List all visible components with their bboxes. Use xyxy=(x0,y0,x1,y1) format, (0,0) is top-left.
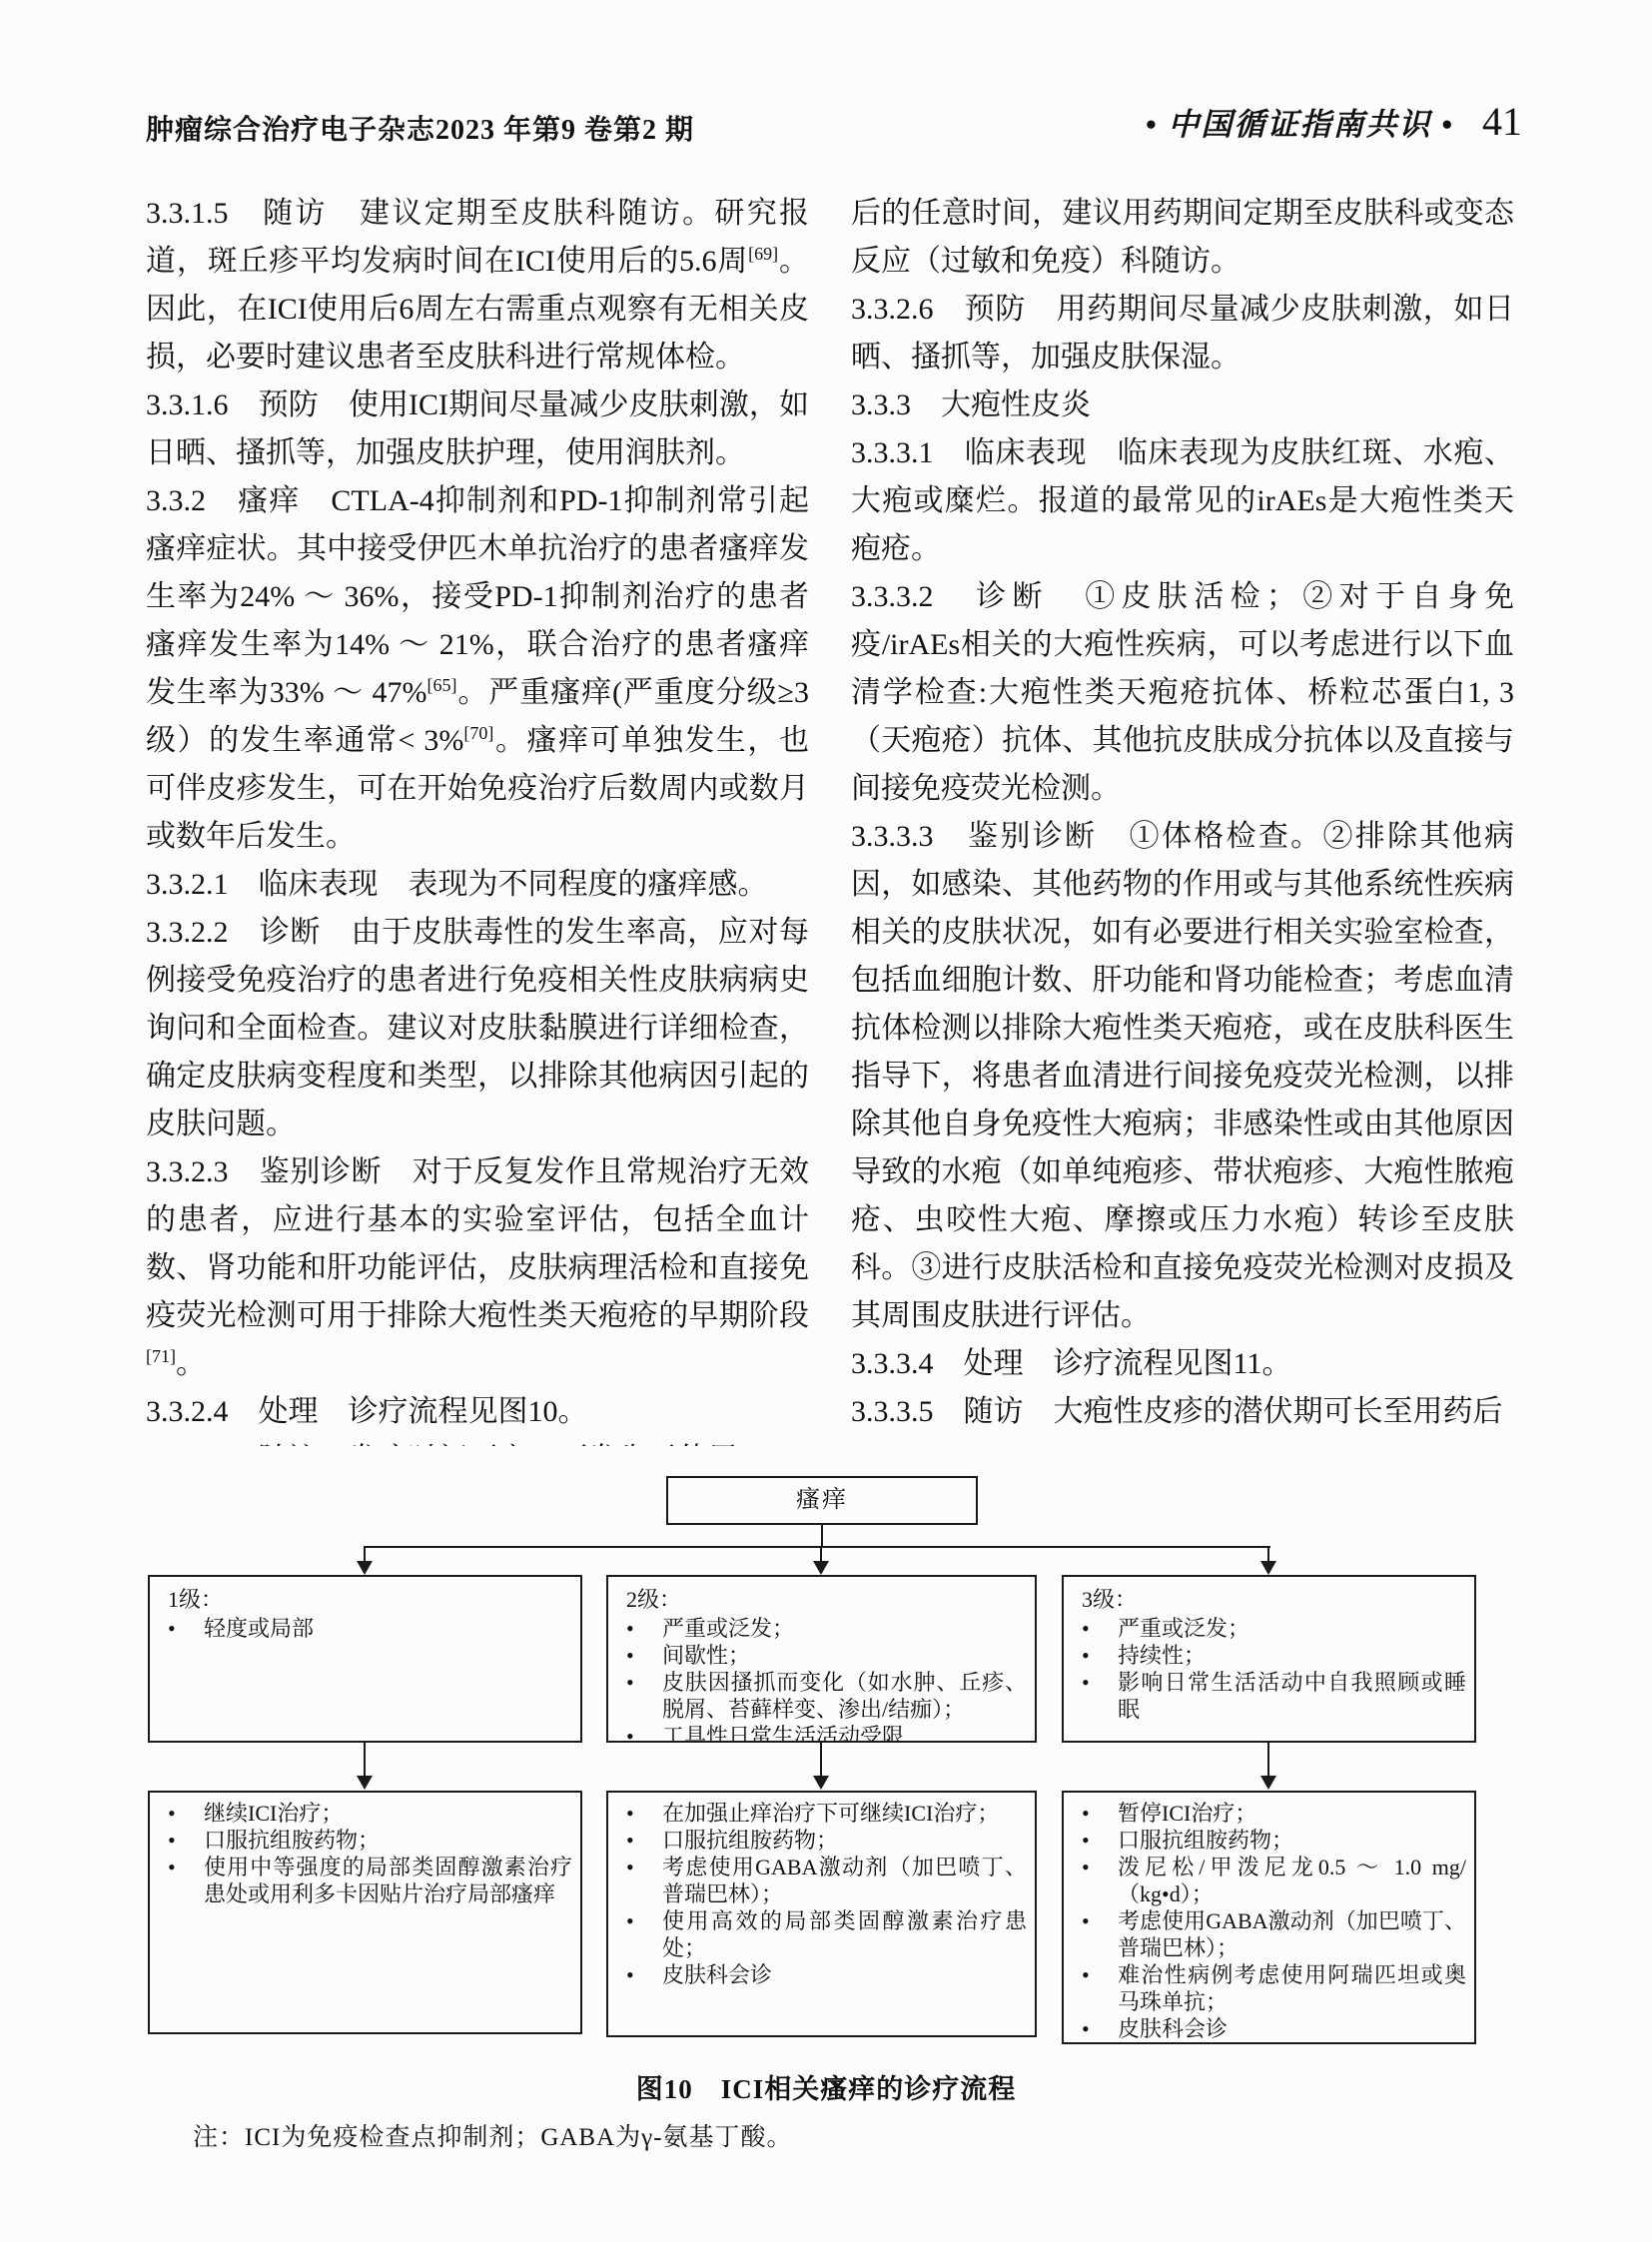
paragraph: 3.3.1.5 随访 建议定期至皮肤科随访。研究报道，斑丘疹平均发病时间在ICI… xyxy=(146,190,809,381)
connector-action3-stem xyxy=(1267,1743,1269,1777)
bullet-dot: • xyxy=(626,1907,662,1961)
bullet-dot: • xyxy=(1082,1615,1118,1642)
paragraph: 3.3.3.3 鉴别诊断 ①体格检查。②排除其他病因，如感染、其他药物的作用或与… xyxy=(851,813,1514,1340)
bullet-dot: • xyxy=(168,1615,204,1642)
left-column: 3.3.1.5 随访 建议定期至皮肤科随访。研究报道，斑丘疹平均发病时间在ICI… xyxy=(146,190,809,1446)
list-item: • 轻度或局部 xyxy=(168,1615,572,1642)
connector-root-stem xyxy=(821,1525,823,1546)
bullet-dot: • xyxy=(168,1800,204,1827)
paragraph: 3.3.2.6 预防 用药期间尽量减少皮肤刺激，如日晒、搔抓等，加强皮肤保湿。 xyxy=(851,286,1514,381)
bullet-dot: • xyxy=(626,1723,662,1743)
paragraph: 3.3.3 大疱性皮炎 xyxy=(851,381,1514,429)
bullet-dot: • xyxy=(1082,2015,1118,2042)
journal-title: 肿瘤综合治疗电子杂志2023 年第9 卷第2 期 xyxy=(146,108,694,148)
list-item: • 口服抗组胺药物； xyxy=(168,1827,572,1854)
bullet-dot: • xyxy=(626,1642,662,1669)
list-item: • 皮肤科会诊 xyxy=(626,1961,1027,1988)
grade3-title: 3级： xyxy=(1082,1586,1466,1613)
list-item: • 在加强止痒治疗下可继续ICI治疗； xyxy=(626,1800,1027,1827)
list-item: • 工具性日常生活活动受限 xyxy=(626,1723,1027,1743)
paragraph: 3.3.1.6 预防 使用ICI期间尽量减少皮肤刺激，如日晒、搔抓等，加强皮肤护… xyxy=(146,381,809,477)
connector-action2-stem xyxy=(820,1743,822,1777)
list-item: • 考虑使用GABA激动剂（加巴喷丁、普瑞巴林）； xyxy=(626,1854,1027,1907)
list-item: • 使用高效的局部类固醇激素治疗患处； xyxy=(626,1907,1027,1961)
grade2-treatment-box: • 在加强止痒治疗下可继续ICI治疗； • 口服抗组胺药物； • 考虑使用GAB… xyxy=(606,1791,1037,2037)
grade1-title: 1级： xyxy=(168,1586,572,1613)
connector-grade2-stem xyxy=(820,1546,822,1562)
bullet-dot: • xyxy=(1082,1669,1118,1723)
bullet-dot: • xyxy=(1082,1907,1118,1961)
list-item: • 暂停ICI治疗； xyxy=(1082,1800,1466,1827)
arrowhead-grade3 xyxy=(1260,1561,1276,1575)
list-item: • 口服抗组胺药物； xyxy=(1082,1827,1466,1854)
paragraph: 3.3.2.1 临床表现 表现为不同程度的瘙痒感。 xyxy=(146,861,809,909)
list-item: • 考虑使用GABA激动剂（加巴喷丁、普瑞巴林）； xyxy=(1082,1907,1466,1961)
bullet-dot: • xyxy=(168,1854,204,1907)
grade2-title: 2级： xyxy=(626,1586,1027,1613)
page-header-right: • 中国循证指南共识 • 41 xyxy=(1146,98,1522,145)
flow-root-label: 瘙痒 xyxy=(796,1487,848,1514)
arrowhead-grade1 xyxy=(357,1561,373,1575)
grade3-box: 3级： • 严重或泛发； • 持续性； • 影响日常生活活动中自我照顾或睡眠 xyxy=(1062,1575,1476,1743)
connector-branch-line xyxy=(364,1546,1270,1548)
paragraph: 后的任意时间，建议用药期间定期至皮肤科或变态反应（过敏和免疫）科随访。 xyxy=(851,190,1514,286)
bullet-dot: • xyxy=(626,1615,662,1642)
grade1-box: 1级： • 轻度或局部 xyxy=(148,1575,582,1743)
list-item: • 泼尼松/甲泼尼龙0.5 ～ 1.0 mg/（kg•d）； xyxy=(1082,1854,1466,1907)
paragraph: 3.3.3.2 诊断 ①皮肤活检；②对于自身免疫/irAEs相关的大疱性疾病，可… xyxy=(851,573,1514,813)
bullet-dot: • xyxy=(1082,1827,1118,1854)
bullet-dot: • xyxy=(1082,1642,1118,1669)
connector-action1-stem xyxy=(364,1743,366,1777)
bullet-dot: • xyxy=(626,1669,662,1723)
right-column: 后的任意时间，建议用药期间定期至皮肤科或变态反应（过敏和免疫）科随访。 3.3.… xyxy=(851,190,1514,1446)
flowchart-figure10: 瘙痒 1级： • 轻度或局部 2级： • 严重或泛发； • xyxy=(148,1458,1478,2057)
list-item: • 影响日常生活活动中自我照顾或睡眠 xyxy=(1082,1669,1466,1723)
journal-page: 肿瘤综合治疗电子杂志2023 年第9 卷第2 期 • 中国循证指南共识 • 41… xyxy=(0,0,1652,2242)
flow-root-box: 瘙痒 xyxy=(666,1476,978,1525)
bullet-dot: • xyxy=(1082,1800,1118,1827)
list-item: • 口服抗组胺药物； xyxy=(626,1827,1027,1854)
list-item: • 持续性； xyxy=(1082,1642,1466,1669)
page-number: 41 xyxy=(1482,98,1522,145)
list-item: • 严重或泛发； xyxy=(626,1615,1027,1642)
list-item: • 继续ICI治疗； xyxy=(168,1800,572,1827)
connector-grade3-stem xyxy=(1267,1546,1269,1562)
grade1-treatment-box: • 继续ICI治疗； • 口服抗组胺药物； • 使用中等强度的局部类固醇激素治疗… xyxy=(148,1791,582,2034)
bullet-dot: • xyxy=(626,1961,662,1988)
grade2-box: 2级： • 严重或泛发； • 间歇性； • 皮肤因搔抓而变化（如水肿、丘疹、脱屑… xyxy=(606,1575,1037,1743)
bullet-dot: • xyxy=(626,1827,662,1854)
paragraph: 3.3.3.4 处理 诊疗流程见图11。 xyxy=(851,1340,1514,1388)
bullet-dot: • xyxy=(1082,1961,1118,2015)
arrowhead-grade2 xyxy=(813,1561,829,1575)
list-item: • 间歇性； xyxy=(626,1642,1027,1669)
paragraph: 3.3.2.2 诊断 由于皮肤毒性的发生率高，应对每例接受免疫治疗的患者进行免疫… xyxy=(146,909,809,1148)
figure-caption: 图10 ICI相关瘙痒的诊疗流程 xyxy=(0,2067,1652,2106)
paragraph: 3.3.2.4 处理 诊疗流程见图10。 xyxy=(146,1388,809,1436)
list-item: • 皮肤科会诊 xyxy=(1082,2015,1466,2042)
bullet-dot: • xyxy=(626,1800,662,1827)
bullet-dot: • xyxy=(168,1827,204,1854)
figure-footnote: 注：ICI为免疫检查点抑制剂；GABA为γ-氨基丁酸。 xyxy=(193,2117,793,2153)
arrowhead-action2 xyxy=(813,1776,829,1790)
arrowhead-action3 xyxy=(1260,1776,1276,1790)
series-title: • 中国循证指南共识 • xyxy=(1146,99,1454,144)
list-item: • 严重或泛发； xyxy=(1082,1615,1466,1642)
paragraph: 3.3.3.5 随访 大疱性皮疹的潜伏期可长至用药后 xyxy=(851,1388,1514,1436)
list-item: • 使用中等强度的局部类固醇激素治疗患处或用利多卡因贴片治疗局部瘙痒 xyxy=(168,1854,572,1907)
bullet-dot: • xyxy=(626,1854,662,1907)
paragraph: 3.3.3.1 临床表现 临床表现为皮肤红斑、水疱、大疱或糜烂。报道的最常见的i… xyxy=(851,429,1514,573)
connector-grade1-stem xyxy=(364,1546,366,1562)
grade3-treatment-box: • 暂停ICI治疗； • 口服抗组胺药物； • 泼尼松/甲泼尼龙0.5 ～ 1.… xyxy=(1062,1791,1476,2044)
paragraph: 3.3.2.5 随访 发病时间不定，可发生于使用ICI xyxy=(146,1436,809,1446)
list-item: • 难治性病例考虑使用阿瑞匹坦或奥马珠单抗； xyxy=(1082,1961,1466,2015)
arrowhead-action1 xyxy=(357,1776,373,1790)
paragraph: 3.3.2 瘙痒 CTLA-4抑制剂和PD-1抑制剂常引起瘙痒症状。其中接受伊匹… xyxy=(146,477,809,861)
paragraph: 3.3.2.3 鉴别诊断 对于反复发作且常规治疗无效的患者，应进行基本的实验室评… xyxy=(146,1148,809,1388)
bullet-dot: • xyxy=(1082,1854,1118,1907)
list-item: • 皮肤因搔抓而变化（如水肿、丘疹、脱屑、苔藓样变、渗出/结痂）； xyxy=(626,1669,1027,1723)
